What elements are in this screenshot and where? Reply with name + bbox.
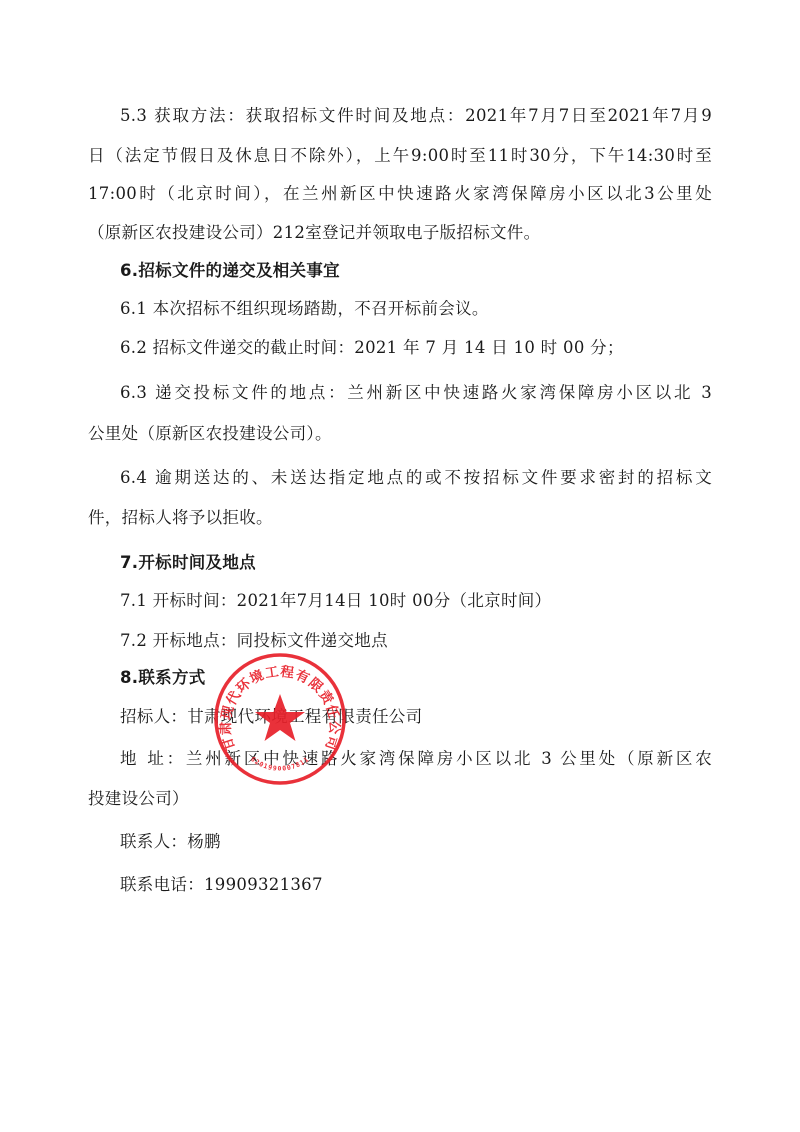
section-5-3-line-4: （原新区农投建设公司）212室登记并领取电子版招标文件。 — [88, 222, 712, 244]
section-6-3-line-2: 公里处（原新区农投建设公司）。 — [88, 423, 712, 445]
tenderer-line: 招标人：甘肃现代环境工程有限责任公司 — [120, 706, 712, 728]
address-line-1: 地 址：兰州新区中快速路火家湾保障房小区以北 3 公里处（原新区农 — [120, 748, 712, 770]
document-page: 5.3 获取方法：获取招标文件时间及地点：2021年7月7日至2021年7月9 … — [0, 0, 800, 1132]
section-5-3-line-1: 5.3 获取方法：获取招标文件时间及地点：2021年7月7日至2021年7月9 — [120, 105, 712, 127]
section-6-2: 6.2 招标文件递交的截止时间：2021 年 7 月 14 日 10 时 00 … — [120, 337, 712, 359]
section-5-3-line-2: 日（法定节假日及休息日不除外），上午9:00时至11时30分，下午14:30时至 — [88, 145, 712, 167]
section-5-3-line-3: 17:00时（北京时间），在兰州新区中快速路火家湾保障房小区以北3公里处 — [88, 183, 712, 205]
section-6-3-line-1: 6.3 递交投标文件的地点：兰州新区中快速路火家湾保障房小区以北 3 — [120, 382, 712, 404]
section-8-heading: 8.联系方式 — [120, 667, 712, 689]
section-6-heading: 6.招标文件的递交及相关事宜 — [120, 260, 712, 282]
section-6-1: 6.1 本次招标不组织现场踏勘，不召开标前会议。 — [120, 298, 712, 320]
section-6-4-line-2: 件，招标人将予以拒收。 — [88, 507, 712, 529]
section-7-2: 7.2 开标地点：同投标文件递交地点 — [120, 630, 712, 652]
section-7-heading: 7.开标时间及地点 — [120, 552, 712, 574]
contact-phone: 联系电话：19909321367 — [120, 874, 712, 896]
contact-person: 联系人：杨鹏 — [120, 831, 712, 853]
section-6-4-line-1: 6.4 逾期送达的、未送达指定地点的或不按招标文件要求密封的招标文 — [120, 467, 712, 489]
address-line-2: 投建设公司） — [88, 788, 712, 810]
section-7-1: 7.1 开标时间：2021年7月14日 10时 00分（北京时间） — [120, 590, 712, 612]
